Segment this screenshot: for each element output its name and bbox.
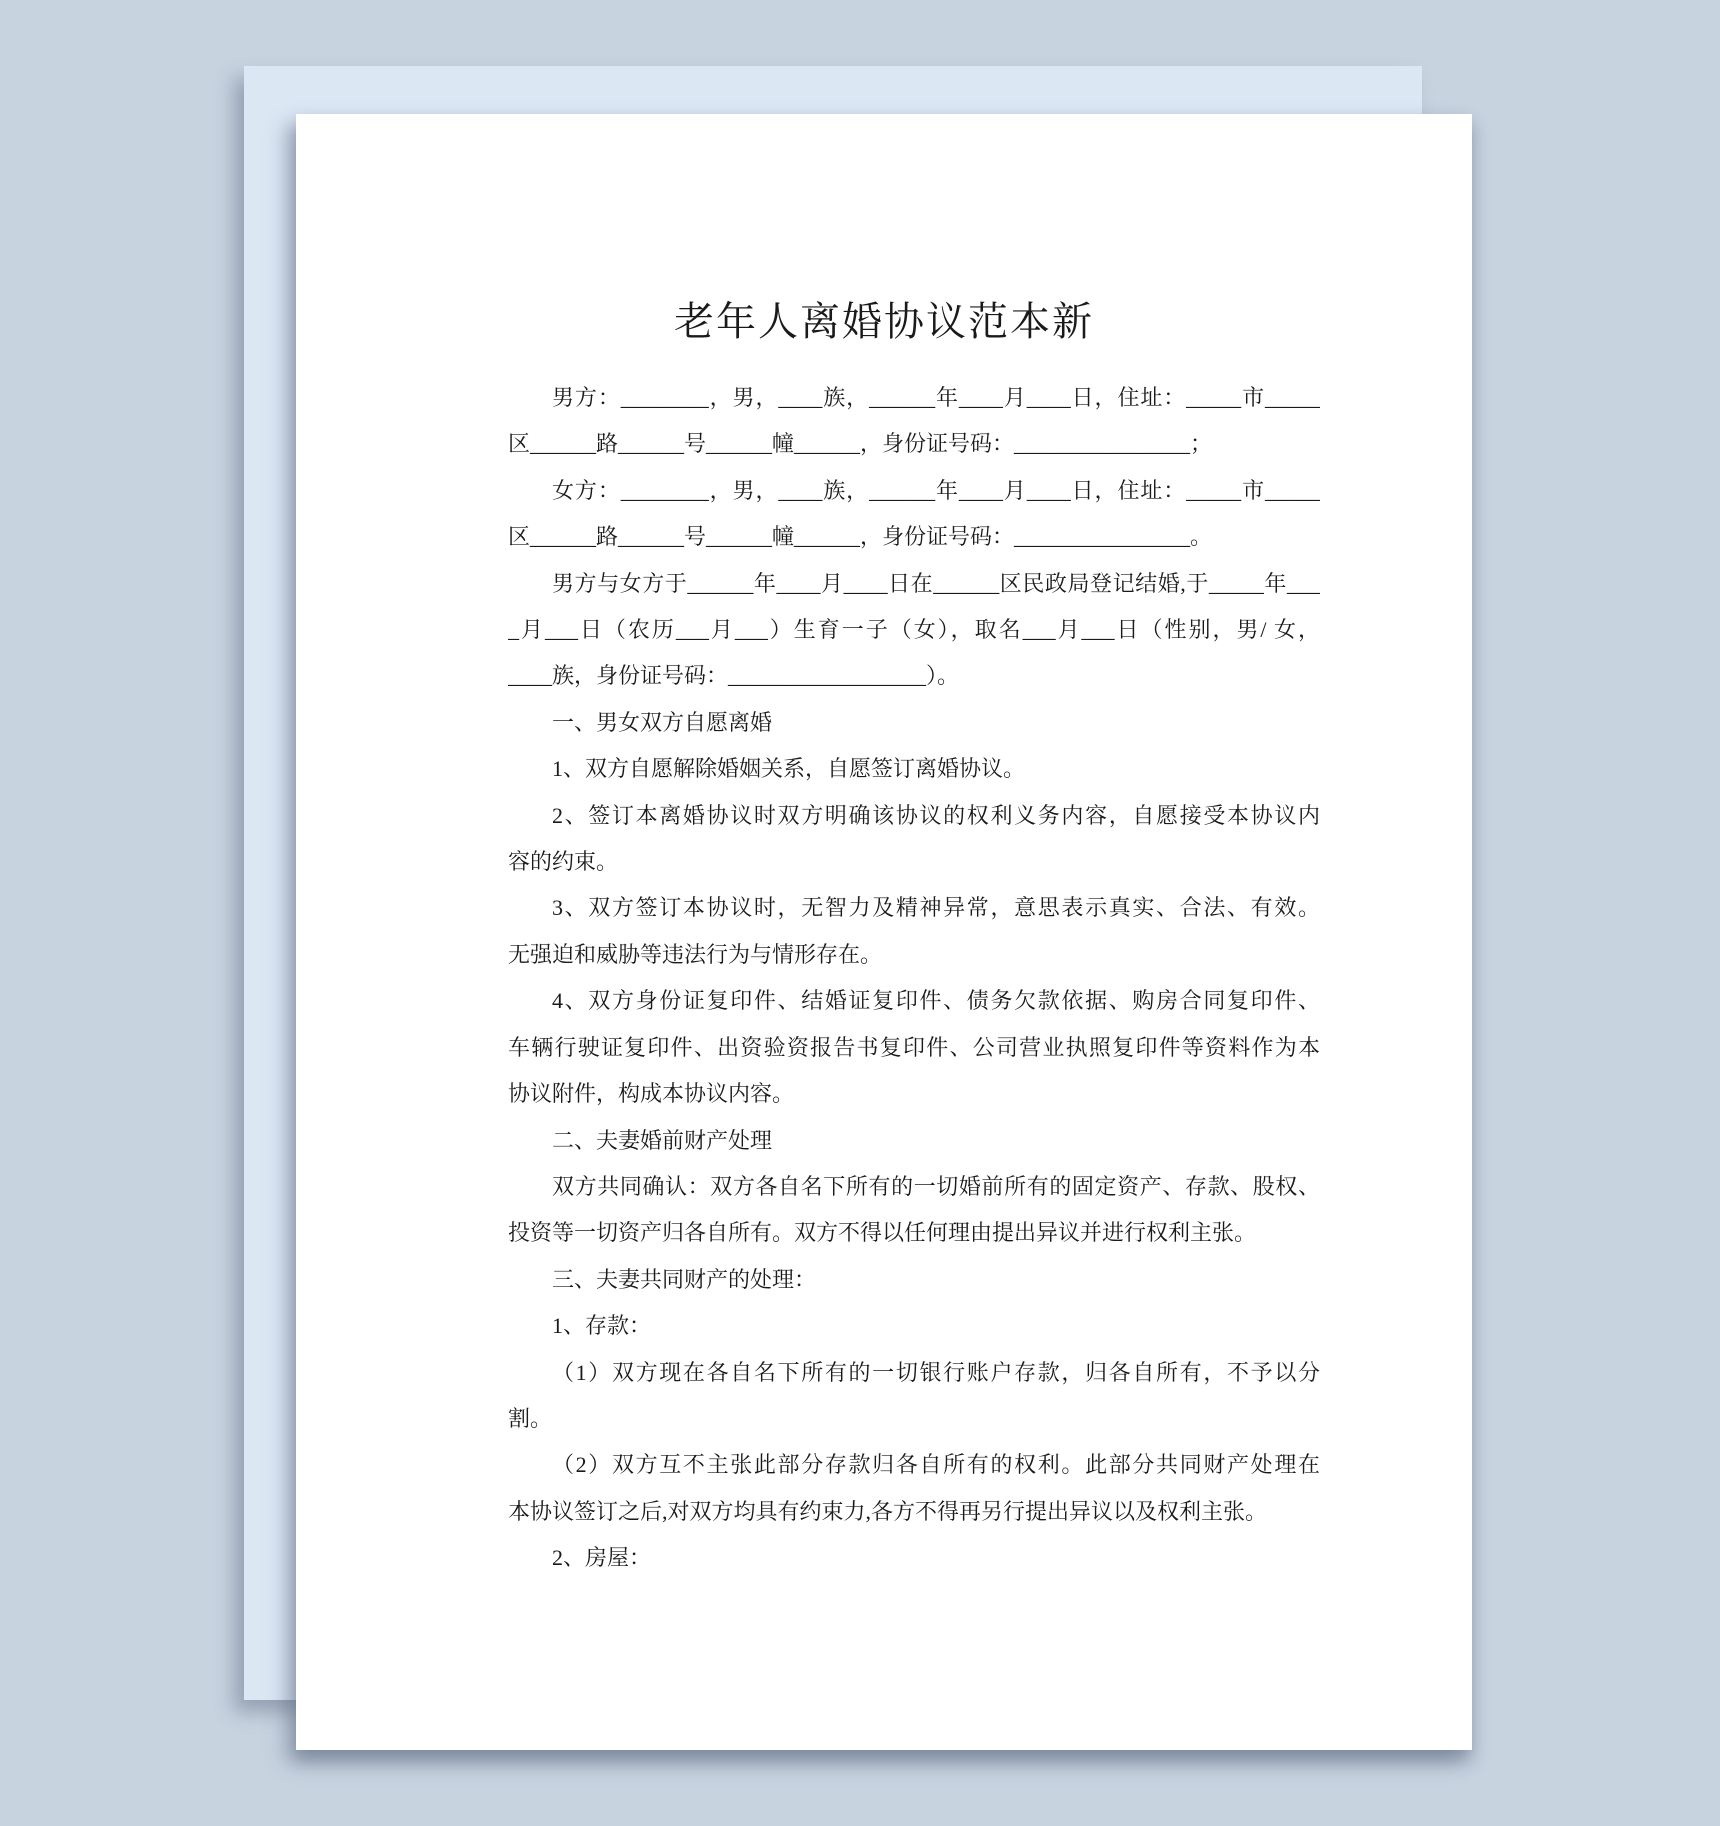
document-line: （2）双方互不主张此部分存款归各自所有的权利。此部分共同财产处理在 bbox=[508, 1442, 1320, 1488]
document-line: 二、夫妻婚前财产处理 bbox=[508, 1118, 1320, 1164]
document-line: ____族，身份证号码：__________________）。 bbox=[508, 653, 1320, 699]
document-line: 4、双方身份证复印件、结婚证复印件、债务欠款依据、购房合同复印件、 bbox=[508, 978, 1320, 1024]
document-title: 老年人离婚协议范本新 bbox=[296, 296, 1472, 348]
document-line: 无强迫和威胁等违法行为与情形存在。 bbox=[508, 932, 1320, 978]
document-line: 女方：________，男，____族，______年____月____日，住址… bbox=[508, 468, 1320, 514]
document-line: 2、签订本离婚协议时双方明确该协议的权利义务内容，自愿接受本协议内 bbox=[508, 793, 1320, 839]
document-line: 区______路______号______幢______，身份证号码：_____… bbox=[508, 514, 1320, 560]
document-body: 男方：________，男，____族，______年____月____日，住址… bbox=[296, 375, 1472, 1582]
document-line: 男方：________，男，____族，______年____月____日，住址… bbox=[508, 375, 1320, 421]
document-line: 容的约束。 bbox=[508, 839, 1320, 885]
document-line: 协议附件，构成本协议内容。 bbox=[508, 1071, 1320, 1117]
document-line: 双方共同确认：双方各自名下所有的一切婚前所有的固定资产、存款、股权、 bbox=[508, 1164, 1320, 1210]
document-line: 1、双方自愿解除婚姻关系，自愿签订离婚协议。 bbox=[508, 746, 1320, 792]
document-page: 老年人离婚协议范本新 男方：________，男，____族，______年__… bbox=[296, 114, 1472, 1750]
document-line: 本协议签订之后,对双方均具有约束力,各方不得再另行提出异议以及权利主张。 bbox=[508, 1489, 1320, 1535]
document-line: 2、房屋： bbox=[508, 1535, 1320, 1581]
document-line: 1、存款： bbox=[508, 1303, 1320, 1349]
document-line: 区______路______号______幢______，身份证号码：_____… bbox=[508, 421, 1320, 467]
document-line: 车辆行驶证复印件、出资验资报告书复印件、公司营业执照复印件等资料作为本 bbox=[508, 1025, 1320, 1071]
document-line: 一、男女双方自愿离婚 bbox=[508, 700, 1320, 746]
document-line: 男方与女方于______年____月____日在______区民政局登记结婚,于… bbox=[508, 561, 1320, 607]
document-line: 三、夫妻共同财产的处理： bbox=[508, 1257, 1320, 1303]
document-line: _月___日（农历___月___）生育一子（女），取名___月___日（性别，男… bbox=[508, 607, 1320, 653]
document-line: 割。 bbox=[508, 1396, 1320, 1442]
document-line: 3、双方签订本协议时，无智力及精神异常，意思表示真实、合法、有效。 bbox=[508, 885, 1320, 931]
document-line: （1）双方现在各自名下所有的一切银行账户存款，归各自所有，不予以分 bbox=[508, 1350, 1320, 1396]
document-line: 投资等一切资产归各自所有。双方不得以任何理由提出异议并进行权利主张。 bbox=[508, 1210, 1320, 1256]
desktop-background: 老年人离婚协议范本新 男方：________，男，____族，______年__… bbox=[0, 0, 1720, 1826]
